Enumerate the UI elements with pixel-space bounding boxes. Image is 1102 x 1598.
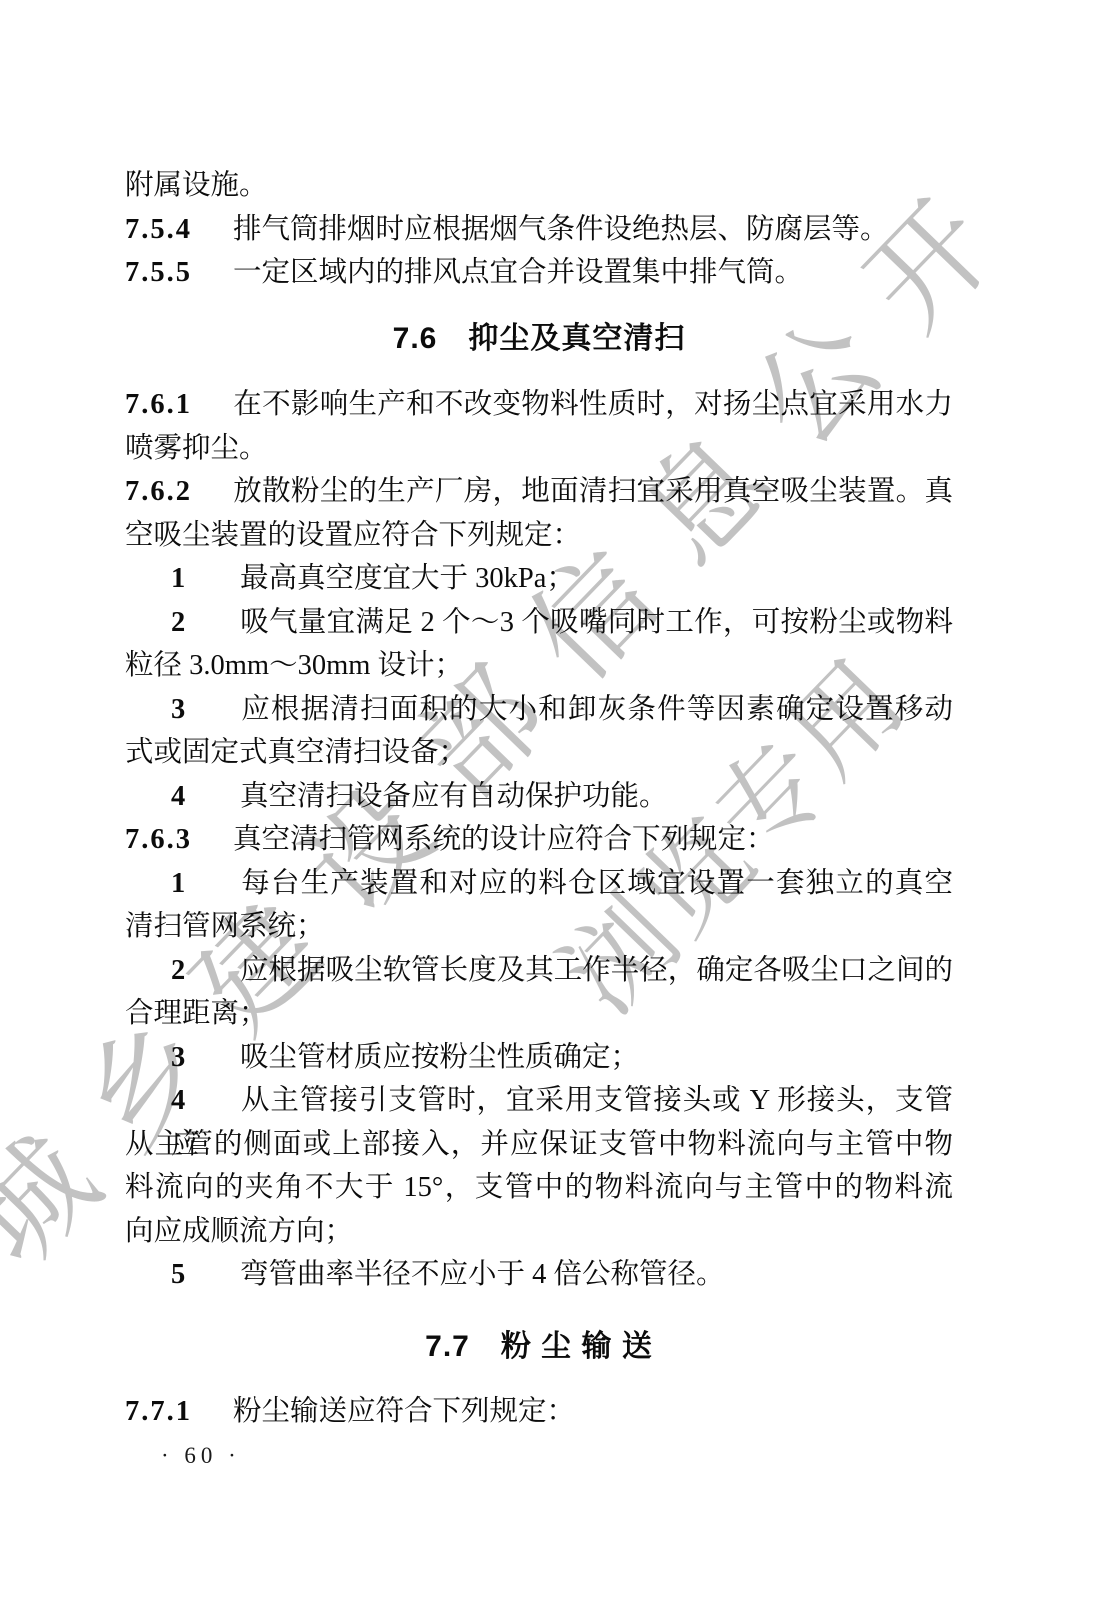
line-text: 每台生产装置和对应的料仓区域宜设置一套独立的真空 bbox=[240, 868, 953, 899]
line-text: 式或固定式真空清扫设备； bbox=[125, 737, 467, 768]
text-line: 式或固定式真空清扫设备； bbox=[125, 731, 953, 775]
document-lines: 附属设施。7.5.4排气筒排烟时应根据烟气条件设绝热层、防腐层等。7.5.5一定… bbox=[125, 164, 953, 1434]
text-line: 喷雾抑尘。 bbox=[125, 427, 953, 471]
text-line: 料流向的夹角不大于 15°，支管中的物料流向与主管中的物料流 bbox=[125, 1166, 953, 1210]
text-line: 附属设施。 bbox=[125, 164, 953, 208]
list-item-line: 5弯管曲率半径不应小于 4 倍公称管径。 bbox=[125, 1253, 953, 1297]
list-item-line: 1最高真空度宜大于 30kPa； bbox=[125, 557, 953, 601]
line-text: 最高真空度宜大于 30kPa； bbox=[240, 563, 575, 594]
list-item-line: 3吸尘管材质应按粉尘性质确定； bbox=[125, 1036, 953, 1080]
item-number: 1 bbox=[171, 862, 240, 906]
item-number: 3 bbox=[171, 688, 240, 732]
list-item-line: 4从主管接引支管时，宜采用支管接头或 Y 形接头，支管应 bbox=[125, 1079, 953, 1123]
line-text: 空吸尘装置的设置应符合下列规定： bbox=[125, 520, 581, 551]
line-text: 粒径 3.0mm～30mm 设计； bbox=[125, 650, 463, 681]
list-item-line: 4真空清扫设备应有自动保护功能。 bbox=[125, 775, 953, 819]
line-text: 7.7 粉 尘 输 送 bbox=[425, 1330, 653, 1363]
line-text: 合理距离； bbox=[125, 998, 268, 1029]
clause-line: 7.6.1在不影响生产和不改变物料性质时，对扬尘点宜采用水力 bbox=[125, 383, 953, 427]
text-line: 合理距离； bbox=[125, 992, 953, 1036]
item-number: 4 bbox=[171, 1079, 240, 1123]
clause-line: 7.6.3真空清扫管网系统的设计应符合下列规定： bbox=[125, 818, 953, 862]
list-item-line: 2应根据吸尘软管长度及其工作半径，确定各吸尘口之间的 bbox=[125, 949, 953, 993]
list-item-line: 3应根据清扫面积的大小和卸灰条件等因素确定设置移动 bbox=[125, 688, 953, 732]
item-number: 2 bbox=[171, 601, 240, 645]
clause-number: 7.5.4 bbox=[125, 208, 233, 252]
clause-number: 7.5.5 bbox=[125, 251, 233, 295]
line-text: 料流向的夹角不大于 15°，支管中的物料流向与主管中的物料流 bbox=[125, 1172, 953, 1203]
item-number: 1 bbox=[171, 557, 240, 601]
item-number: 3 bbox=[171, 1036, 240, 1080]
text-line: 从主管的侧面或上部接入，并应保证支管中物料流向与主管中物 bbox=[125, 1123, 953, 1167]
line-text: 应根据吸尘软管长度及其工作半径，确定各吸尘口之间的 bbox=[240, 955, 953, 986]
clause-line: 7.7.1粉尘输送应符合下列规定： bbox=[125, 1390, 953, 1434]
item-number: 2 bbox=[171, 949, 240, 993]
clause-number: 7.6.1 bbox=[125, 383, 233, 427]
text-line: 空吸尘装置的设置应符合下列规定： bbox=[125, 514, 953, 558]
item-number: 4 bbox=[171, 775, 240, 819]
text-line: 清扫管网系统； bbox=[125, 905, 953, 949]
line-text: 一定区域内的排风点宜合并设置集中排气筒。 bbox=[233, 257, 803, 288]
line-text: 排气筒排烟时应根据烟气条件设绝热层、防腐层等。 bbox=[233, 214, 889, 245]
text-line: 粒径 3.0mm～30mm 设计； bbox=[125, 644, 953, 688]
line-text: 真空清扫管网系统的设计应符合下列规定： bbox=[233, 824, 775, 855]
clause-line: 7.5.4排气筒排烟时应根据烟气条件设绝热层、防腐层等。 bbox=[125, 208, 953, 252]
list-item-line: 2吸气量宜满足 2 个～3 个吸嘴同时工作，可按粉尘或物料 bbox=[125, 601, 953, 645]
list-item-line: 1每台生产装置和对应的料仓区域宜设置一套独立的真空 bbox=[125, 862, 953, 906]
line-text: 在不影响生产和不改变物料性质时，对扬尘点宜采用水力 bbox=[233, 389, 953, 420]
line-text: 清扫管网系统； bbox=[125, 911, 325, 942]
line-text: 喷雾抑尘。 bbox=[125, 433, 268, 464]
line-text: 吸尘管材质应按粉尘性质确定； bbox=[240, 1042, 639, 1073]
line-text: 附属设施。 bbox=[125, 170, 268, 201]
item-number: 5 bbox=[171, 1253, 240, 1297]
document-page: 住房城乡建设部信息公开浏览专用 附属设施。7.5.4排气筒排烟时应根据烟气条件设… bbox=[0, 0, 1102, 1598]
line-text: 向应成顺流方向； bbox=[125, 1216, 353, 1247]
text-line: 向应成顺流方向； bbox=[125, 1210, 953, 1254]
line-text: 应根据清扫面积的大小和卸灰条件等因素确定设置移动 bbox=[240, 694, 953, 725]
clause-number: 7.6.2 bbox=[125, 470, 233, 514]
line-text: 弯管曲率半径不应小于 4 倍公称管径。 bbox=[240, 1259, 725, 1290]
clause-line: 7.5.5一定区域内的排风点宜合并设置集中排气筒。 bbox=[125, 251, 953, 295]
line-text: 从主管的侧面或上部接入，并应保证支管中物料流向与主管中物 bbox=[125, 1129, 953, 1160]
clause-line: 7.6.2放散粉尘的生产厂房，地面清扫宜采用真空吸尘装置。真 bbox=[125, 470, 953, 514]
line-text: 真空清扫设备应有自动保护功能。 bbox=[240, 781, 668, 812]
page-content: 附属设施。7.5.4排气筒排烟时应根据烟气条件设绝热层、防腐层等。7.5.5一定… bbox=[125, 164, 953, 1477]
line-text: 粉尘输送应符合下列规定： bbox=[233, 1396, 575, 1427]
clause-number: 7.7.1 bbox=[125, 1390, 233, 1434]
line-text: 7.6 抑尘及真空清扫 bbox=[393, 322, 686, 355]
section-heading: 7.6 抑尘及真空清扫 bbox=[125, 317, 953, 361]
line-text: 放散粉尘的生产厂房，地面清扫宜采用真空吸尘装置。真 bbox=[233, 476, 953, 507]
line-text: 吸气量宜满足 2 个～3 个吸嘴同时工作，可按粉尘或物料 bbox=[240, 607, 953, 638]
section-heading: 7.7 粉 尘 输 送 bbox=[125, 1325, 953, 1369]
page-number: · 60 · bbox=[125, 1434, 953, 1478]
clause-number: 7.6.3 bbox=[125, 818, 233, 862]
